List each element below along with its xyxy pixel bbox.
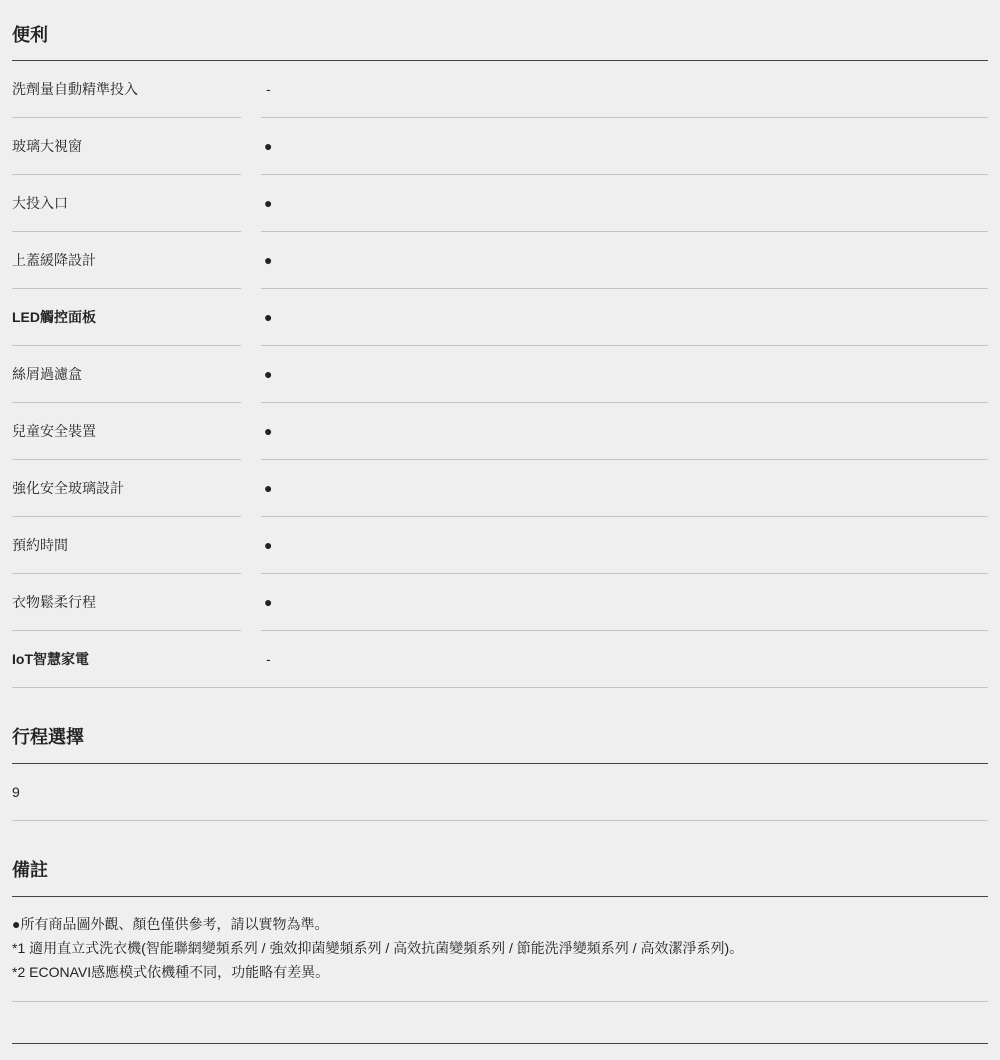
spec-row: 洗劑量自動精準投入- bbox=[12, 61, 988, 118]
spec-value: ● bbox=[261, 403, 988, 460]
spec-row: IoT智慧家電- bbox=[12, 631, 988, 688]
spec-table: 便利 洗劑量自動精準投入- 玻璃大視窗● 大投入口● 上蓋緩降設計● LED觸控… bbox=[12, 0, 988, 1044]
spec-value: ● bbox=[261, 232, 988, 289]
spec-label: 絲屑過濾盒 bbox=[12, 346, 241, 403]
spec-label: 大投入口 bbox=[12, 175, 241, 232]
programs-value: 9 bbox=[12, 764, 988, 821]
spec-row: 上蓋緩降設計● bbox=[12, 232, 988, 289]
note-line: *2 ECONAVI感應模式依機種不同，功能略有差異。 bbox=[12, 960, 988, 984]
section-title-notes: 備註 bbox=[12, 821, 988, 897]
divider bbox=[12, 1043, 988, 1044]
section-title-convenience: 便利 bbox=[12, 0, 988, 61]
spec-row: 兒童安全裝置● bbox=[12, 403, 988, 460]
spec-value: ● bbox=[261, 346, 988, 403]
spec-label: 強化安全玻璃設計 bbox=[12, 460, 241, 517]
spec-label: 上蓋緩降設計 bbox=[12, 232, 241, 289]
spec-value: ● bbox=[261, 118, 988, 175]
spec-value: ● bbox=[261, 289, 988, 346]
spec-value: - bbox=[261, 61, 988, 118]
spec-value: - bbox=[261, 631, 988, 687]
spec-label: IoT智慧家電 bbox=[12, 631, 261, 687]
note-line: *1 適用直立式洗衣機(智能聯網變頻系列 / 強效抑菌變頻系列 / 高效抗菌變頻… bbox=[12, 936, 988, 960]
spec-value: ● bbox=[261, 517, 988, 574]
spec-row: 玻璃大視窗● bbox=[12, 118, 988, 175]
spec-row: 強化安全玻璃設計● bbox=[12, 460, 988, 517]
spec-label: 洗劑量自動精準投入 bbox=[12, 61, 241, 118]
spec-value: ● bbox=[261, 460, 988, 517]
spec-label: 兒童安全裝置 bbox=[12, 403, 241, 460]
spec-label: 預約時間 bbox=[12, 517, 241, 574]
spec-row: 衣物鬆柔行程● bbox=[12, 574, 988, 631]
note-line: ●所有商品圖外觀、顏色僅供參考，請以實物為準。 bbox=[12, 912, 988, 936]
spec-label: 衣物鬆柔行程 bbox=[12, 574, 241, 631]
section-title-programs: 行程選擇 bbox=[12, 688, 988, 764]
spec-row: 預約時間● bbox=[12, 517, 988, 574]
spec-row: 絲屑過濾盒● bbox=[12, 346, 988, 403]
spec-row: 大投入口● bbox=[12, 175, 988, 232]
spec-value: ● bbox=[261, 175, 988, 232]
spec-label: LED觸控面板 bbox=[12, 289, 241, 346]
spec-row: LED觸控面板● bbox=[12, 289, 988, 346]
spec-label: 玻璃大視窗 bbox=[12, 118, 241, 175]
spec-value: ● bbox=[261, 574, 988, 631]
notes-block: ●所有商品圖外觀、顏色僅供參考，請以實物為準。 *1 適用直立式洗衣機(智能聯網… bbox=[12, 897, 988, 1002]
